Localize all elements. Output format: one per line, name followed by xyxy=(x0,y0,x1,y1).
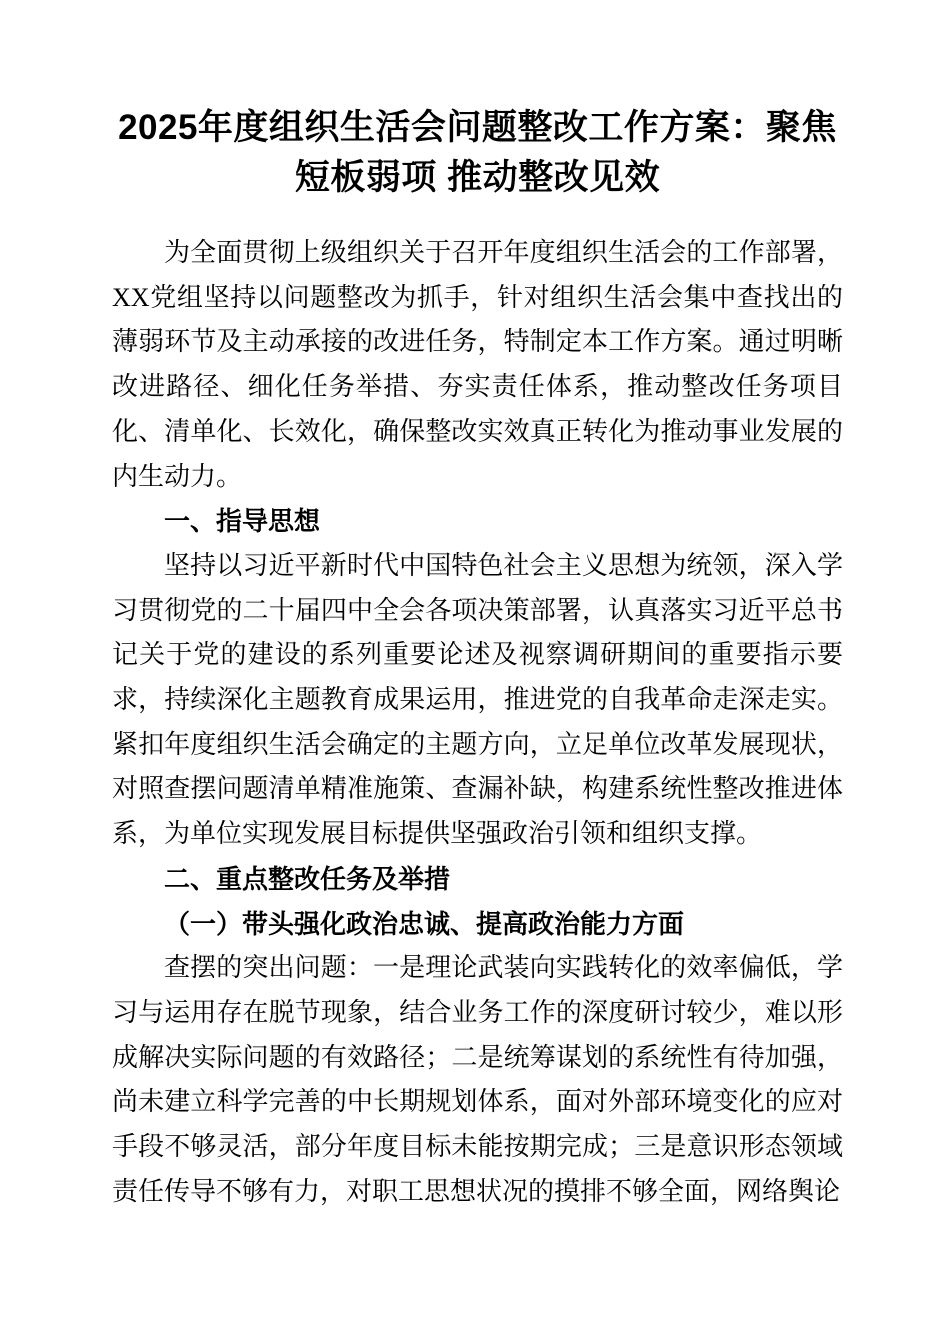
document-page: 2025年度组织生活会问题整改工作方案：聚焦 短板弱项 推动整改见效 为全面贯彻… xyxy=(0,0,950,1344)
document-title-line2: 短板弱项 推动整改见效 xyxy=(112,153,843,203)
section-heading-key-tasks: 二、重点整改任务及举措 xyxy=(112,857,843,902)
paragraph-guiding-thought: 坚持以习近平新时代中国特色社会主义思想为统领，深入学习贯彻党的二十届四中全会各项… xyxy=(112,544,843,857)
document-title: 2025年度组织生活会问题整改工作方案：聚焦 短板弱项 推动整改见效 xyxy=(112,103,843,203)
document-title-line1: 2025年度组织生活会问题整改工作方案：聚焦 xyxy=(112,103,843,153)
subsection-heading-political-loyalty: （一）带头强化政治忠诚、提高政治能力方面 xyxy=(112,902,843,947)
paragraph-intro: 为全面贯彻上级组织关于召开年度组织生活会的工作部署，XX党组坚持以问题整改为抓手… xyxy=(112,231,843,499)
section-heading-guiding-thought: 一、指导思想 xyxy=(112,499,843,544)
paragraph-identified-problems: 查摆的突出问题：一是理论武装向实践转化的效率偏低，学习与运用存在脱节现象，结合业… xyxy=(112,946,843,1214)
